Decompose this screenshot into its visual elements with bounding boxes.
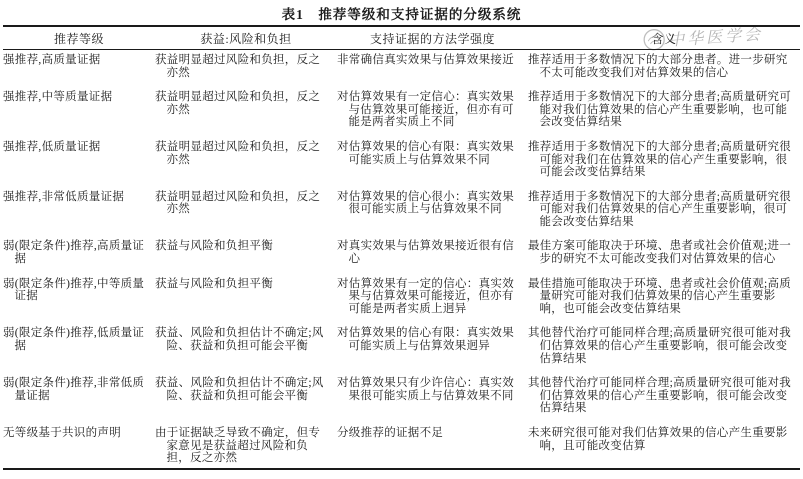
cell-recommendation-grade: 强推荐,中等质量证据: [3, 91, 155, 129]
grade-table: 推荐等级 获益:风险和负担 支持证据的方法学强度 含义 强推荐,高质量证据 获益…: [3, 25, 800, 470]
cell-benefit-risk-burden: 获益明显超过风险和负担，反之亦然: [155, 141, 337, 179]
cell-evidence-strength: 对估算效果只有少许信心：真实效果很可能实质上与估算效果不同: [337, 377, 528, 415]
cell-benefit-risk-burden: 获益明显超过风险和负担，反之亦然: [155, 191, 337, 229]
cell-benefit-risk-burden: 获益、风险和负担估计不确定;风险、获益和负担可能会平衡: [155, 377, 337, 415]
cell-implication: 推荐适用于多数情况下的大部分患者。进一步研究不太可能改变我们对估算效果的信心: [528, 54, 800, 79]
table-row: 弱(限定条件)推荐,中等质量证据 获益与风险和负担平衡 对估算效果有一定的信心：…: [3, 278, 800, 316]
cell-implication: 其他替代治疗可能同样合理;高质量研究很可能对我们估算效果的信心产生重要影响，很可…: [528, 377, 800, 415]
cell-evidence-strength: 非常确信真实效果与估算效果接近: [337, 54, 528, 79]
cell-implication: 其他替代治疗可能同样合理;高质量研究很可能对我们估算效果的信心产生重要影响，很可…: [528, 327, 800, 365]
table-row: 弱(限定条件)推荐,高质量证据 获益与风险和负担平衡 对真实效果与估算效果接近很…: [3, 240, 800, 265]
header-implication: 含义: [528, 30, 800, 47]
cell-recommendation-grade: 弱(限定条件)推荐,中等质量证据: [3, 278, 155, 316]
cell-benefit-risk-burden: 获益明显超过风险和负担，反之亦然: [155, 54, 337, 79]
cell-evidence-strength: 对估算效果的信心很小：真实效果很可能实质上与估算效果不同: [337, 191, 528, 229]
table-row: 弱(限定条件)推荐,低质量证据 获益、风险和负担估计不确定;风险、获益和负担可能…: [3, 327, 800, 365]
cell-recommendation-grade: 弱(限定条件)推荐,非常低质量证据: [3, 377, 155, 415]
cell-implication: 推荐适用于多数情况下的大部分患者;高质量研究可能对我们估算效果的信心产生重要影响…: [528, 91, 800, 129]
table-row: 强推荐,高质量证据 获益明显超过风险和负担，反之亦然 非常确信真实效果与估算效果…: [3, 54, 800, 79]
cell-benefit-risk-burden: 获益明显超过风险和负担，反之亦然: [155, 91, 337, 129]
cell-recommendation-grade: 弱(限定条件)推荐,高质量证据: [3, 240, 155, 265]
table-row: 强推荐,低质量证据 获益明显超过风险和负担，反之亦然 对估算效果的信心有限：真实…: [3, 141, 800, 179]
table-body: 强推荐,高质量证据 获益明显超过风险和负担，反之亦然 非常确信真实效果与估算效果…: [3, 50, 800, 470]
cell-evidence-strength: 对估算效果有一定信心：真实效果与估算效果可能接近，但亦有可能是两者实质上不同: [337, 91, 528, 129]
cell-implication: 推荐适用于多数情况下的大部分患者;高质量研究很可能对我们估算效果的信心产生重要影…: [528, 191, 800, 229]
cell-evidence-strength: 对估算效果有一定的信心：真实效果与估算效果可能接近，但亦有可能是两者实质上迥异: [337, 278, 528, 316]
cell-benefit-risk-burden: 获益与风险和负担平衡: [155, 240, 337, 265]
table-header-row: 推荐等级 获益:风险和负担 支持证据的方法学强度 含义: [3, 27, 800, 50]
cell-implication: 推荐适用于多数情况下的大部分患者;高质量研究很可能对我们在估算效果的信心产生重要…: [528, 141, 800, 179]
table-title: 表1 推荐等级和支持证据的分级系统: [0, 3, 803, 23]
cell-recommendation-grade: 强推荐,低质量证据: [3, 141, 155, 179]
cell-recommendation-grade: 无等级基于共识的声明: [3, 427, 155, 465]
header-recommendation-grade: 推荐等级: [3, 30, 155, 47]
cell-recommendation-grade: 强推荐,非常低质量证据: [3, 191, 155, 229]
table-row: 强推荐,非常低质量证据 获益明显超过风险和负担，反之亦然 对估算效果的信心很小：…: [3, 191, 800, 229]
cell-evidence-strength: 对真实效果与估算效果接近很有信心: [337, 240, 528, 265]
cell-implication: 最佳方案可能取决于环境、患者或社会价值观;进一步的研究不太可能改变我们对估算效果…: [528, 240, 800, 265]
cell-evidence-strength: 对估算效果的信心有限：真实效果可能实质上与估算效果迥异: [337, 327, 528, 365]
cell-implication: 未来研究很可能对我们估算效果的信心产生重要影响，且可能改变估算: [528, 427, 800, 465]
cell-recommendation-grade: 弱(限定条件)推荐,低质量证据: [3, 327, 155, 365]
cell-benefit-risk-burden: 获益与风险和负担平衡: [155, 278, 337, 316]
table-row: 弱(限定条件)推荐,非常低质量证据 获益、风险和负担估计不确定;风险、获益和负担…: [3, 377, 800, 415]
cell-evidence-strength: 对估算效果的信心有限：真实效果可能实质上与估算效果不同: [337, 141, 528, 179]
cell-recommendation-grade: 强推荐,高质量证据: [3, 54, 155, 79]
cell-benefit-risk-burden: 获益、风险和负担估计不确定;风险、获益和负担可能会平衡: [155, 327, 337, 365]
header-benefit-risk-burden: 获益:风险和负担: [155, 30, 337, 47]
cell-implication: 最佳措施可能取决于环境、患者或社会价值观;高质量研究可能对我们估算效果的信心产生…: [528, 278, 800, 316]
cell-evidence-strength: 分级推荐的证据不足: [337, 427, 528, 465]
header-evidence-strength: 支持证据的方法学强度: [337, 30, 528, 47]
table-row: 无等级基于共识的声明 由于证据缺乏导致不确定，但专家意见是获益超过风险和负担，反…: [3, 427, 800, 465]
table-row: 强推荐,中等质量证据 获益明显超过风险和负担，反之亦然 对估算效果有一定信心：真…: [3, 91, 800, 129]
cell-benefit-risk-burden: 由于证据缺乏导致不确定，但专家意见是获益超过风险和负担，反之亦然: [155, 427, 337, 465]
